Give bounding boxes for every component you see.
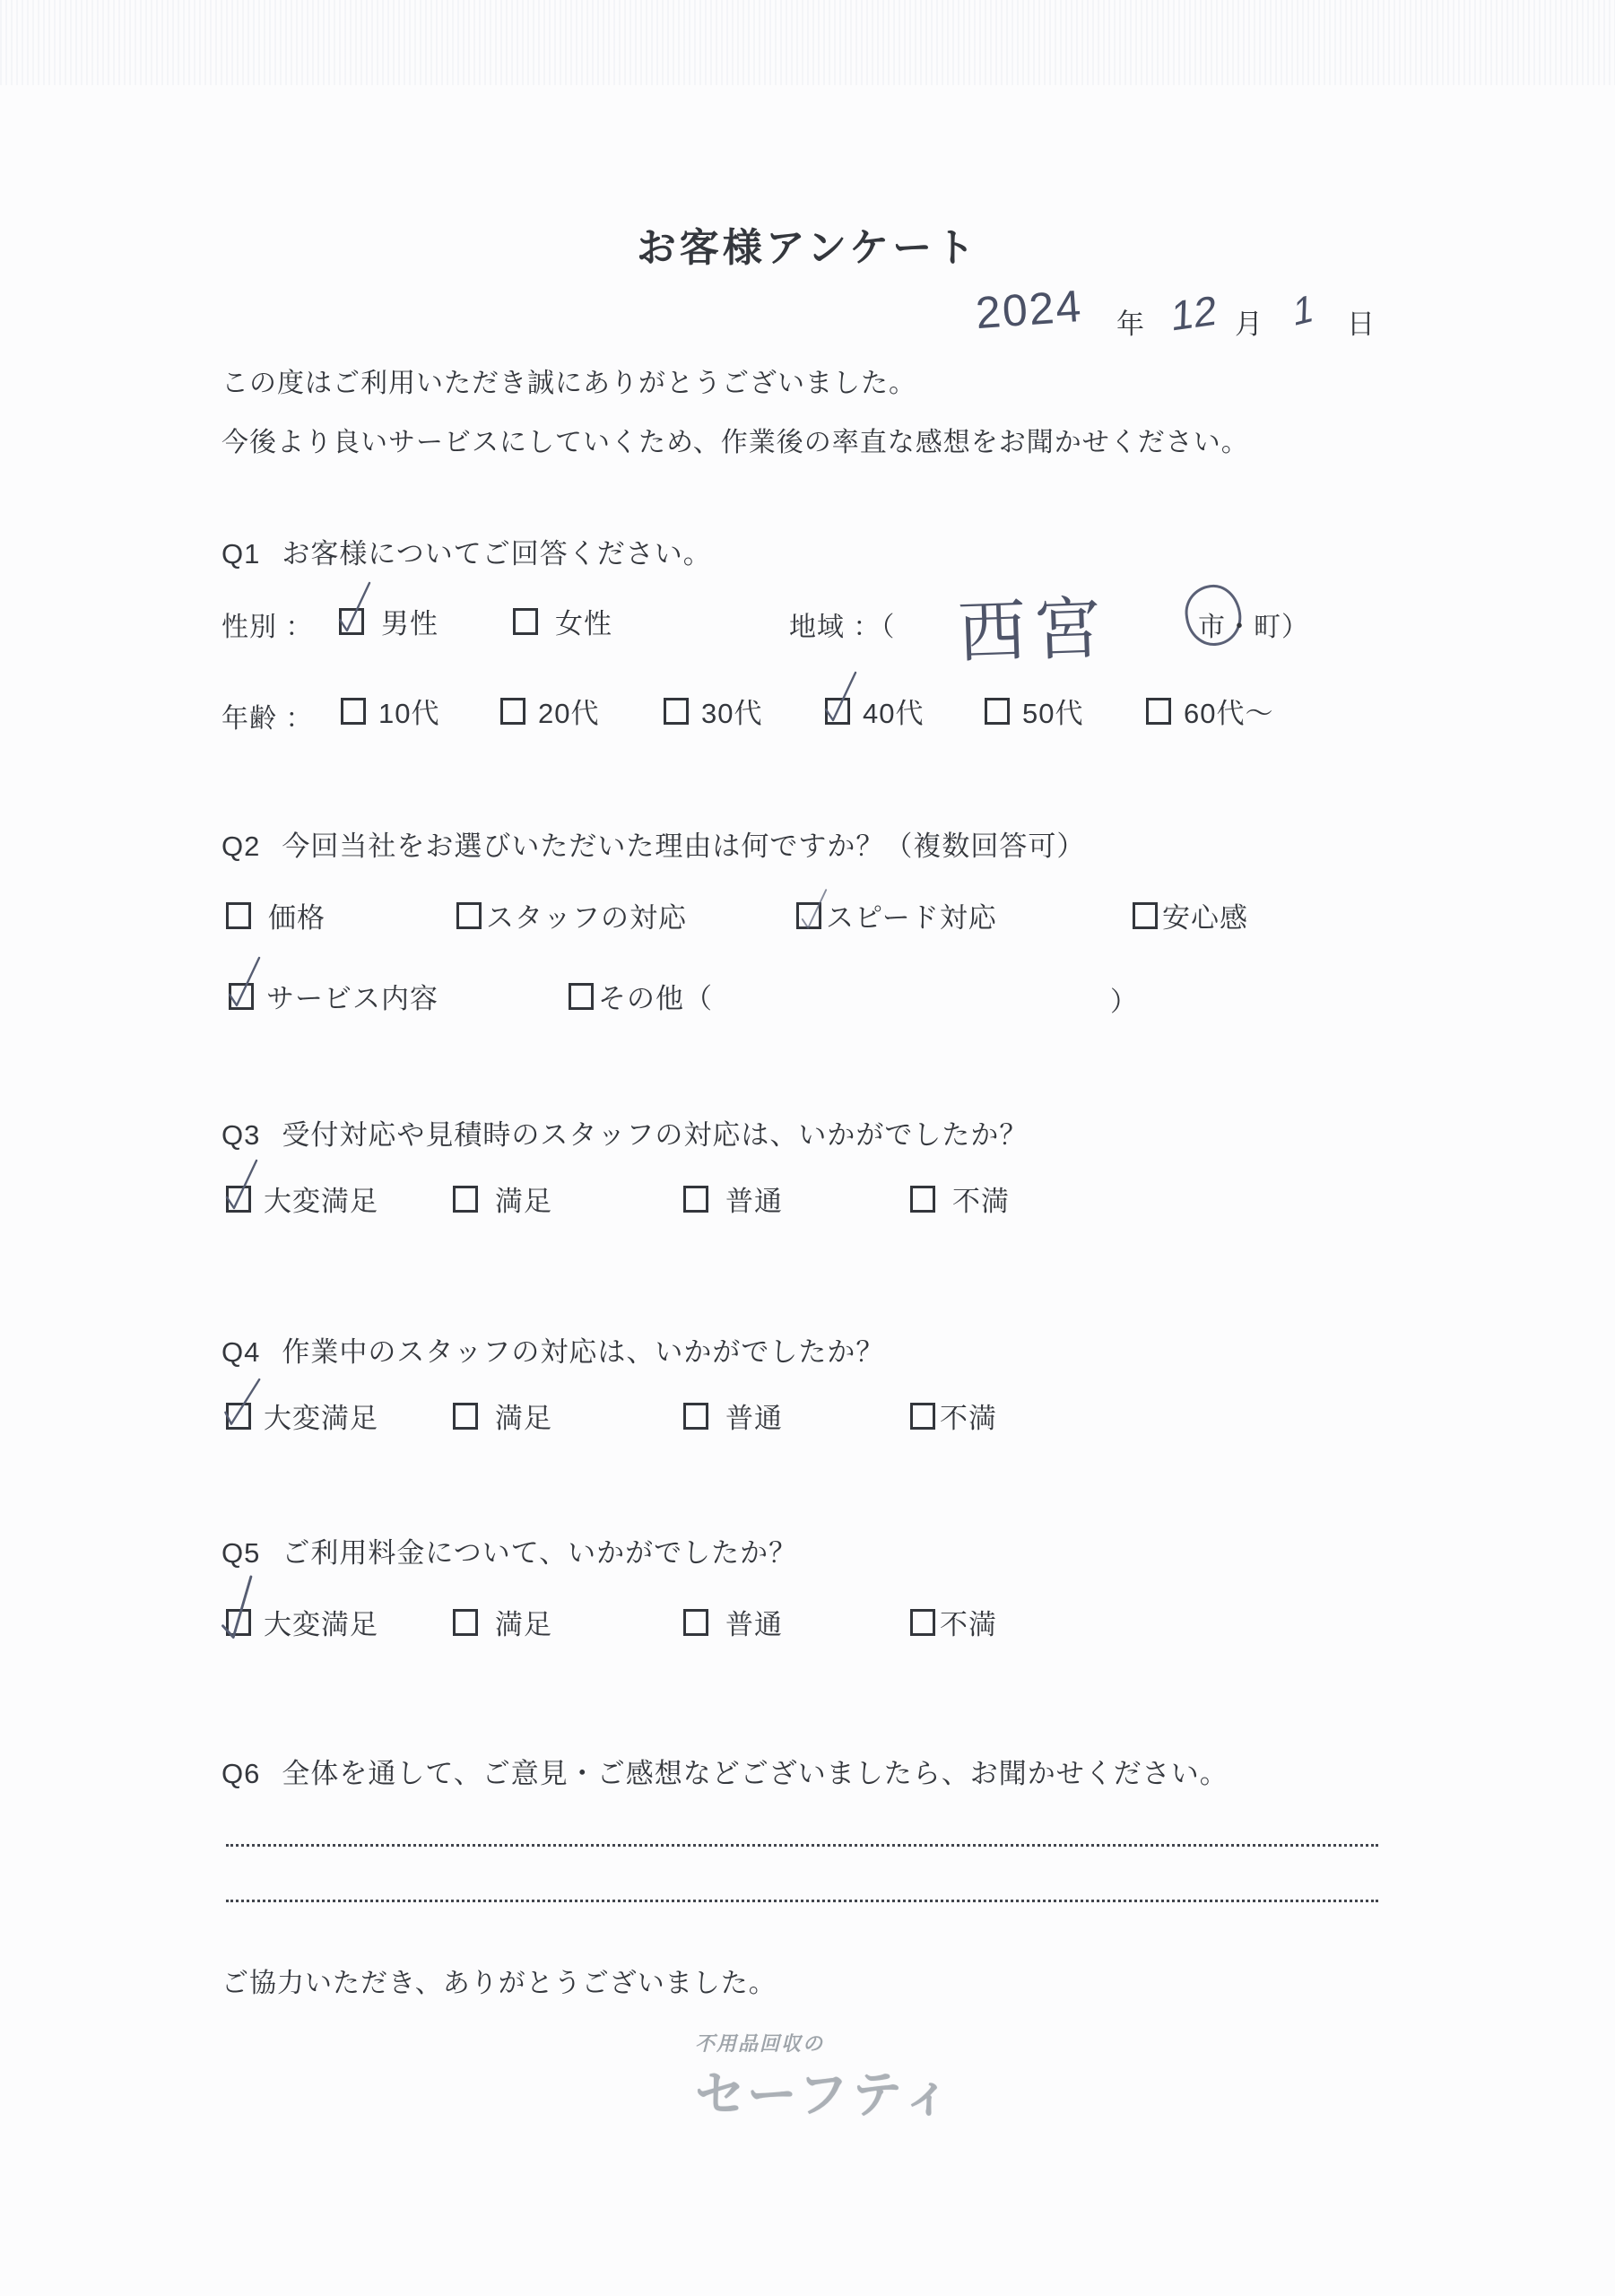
option-label: 満足 — [495, 1602, 552, 1642]
option-label: スピード対応 — [826, 895, 997, 935]
checkbox[interactable] — [226, 1403, 251, 1430]
region-label: 地域 ：（ — [789, 604, 895, 644]
handwritten-month: 12 — [1170, 285, 1218, 341]
q2-number: Q2 — [221, 831, 260, 862]
q4-number: Q4 — [221, 1336, 260, 1368]
q4-heading: Q4作業中のスタッフの対応は、いかがでしたか？ — [221, 1329, 884, 1370]
checkbox-option-age-30s[interactable]: 30代 — [664, 691, 762, 731]
option-label: 50代 — [1022, 691, 1083, 731]
scan-noise-strip — [0, 0, 1615, 85]
checkbox-option-male[interactable]: 男性 — [339, 601, 438, 641]
checkbox[interactable] — [226, 902, 251, 929]
option-label: 不満 — [940, 1602, 997, 1642]
checkbox-option-speed[interactable]: スピード対応 — [796, 895, 997, 935]
handwritten-check-icon — [797, 884, 831, 933]
option-label: 30代 — [701, 691, 762, 731]
checkbox[interactable] — [910, 1403, 935, 1430]
option-label: 60代～ — [1184, 691, 1273, 731]
checkbox-q5-dissatisfied[interactable]: 不満 — [910, 1602, 997, 1642]
q2-heading: Q2今回当社をお選びいただいた理由は何ですか？（複数回答可） — [221, 823, 1085, 864]
checkbox-q4-dissatisfied[interactable]: 不満 — [910, 1396, 997, 1436]
logo-tagline: 不用品回収の — [695, 2029, 824, 2057]
checkbox[interactable] — [910, 1186, 935, 1213]
checkbox[interactable] — [569, 983, 594, 1010]
option-label: その他（ — [598, 976, 713, 1016]
comment-line-1 — [226, 1844, 1378, 1847]
handwritten-check-icon — [207, 1568, 270, 1648]
checkbox[interactable] — [500, 698, 525, 725]
checkbox[interactable] — [456, 902, 482, 929]
checkbox[interactable] — [453, 1609, 478, 1636]
handwritten-check-icon — [820, 666, 863, 727]
page-title: お客様アンケート — [0, 215, 1615, 273]
option-label: 安心感 — [1162, 895, 1248, 935]
checkbox-q5-neutral[interactable]: 普通 — [683, 1602, 783, 1642]
handwritten-check-icon — [221, 1154, 264, 1215]
q3-number: Q3 — [221, 1119, 260, 1151]
checkbox[interactable] — [226, 1609, 251, 1636]
day-unit-label: 日 — [1347, 301, 1375, 342]
checkbox-option-age-50s[interactable]: 50代 — [985, 691, 1083, 731]
q1-number: Q1 — [221, 538, 260, 570]
handwritten-day: 1 — [1292, 285, 1314, 335]
checkbox[interactable] — [683, 1186, 708, 1213]
checkbox[interactable] — [229, 983, 254, 1010]
checkbox-option-age-10s[interactable]: 10代 — [341, 691, 439, 731]
checkbox-q5-very-satisfied[interactable]: 大変満足 — [226, 1602, 378, 1642]
checkbox-q5-satisfied[interactable]: 満足 — [453, 1602, 552, 1642]
checkbox[interactable] — [910, 1609, 935, 1636]
handwritten-check-icon — [223, 952, 266, 1013]
other-close-paren: ） — [1110, 979, 1138, 1019]
company-logo: セーフティ — [695, 2056, 955, 2127]
q3-heading: Q3受付対応や見積時のスタッフの対応は、いかがでしたか？ — [221, 1112, 1028, 1152]
option-label: サービス内容 — [266, 976, 438, 1016]
checkbox-q4-very-satisfied[interactable]: 大変満足 — [226, 1396, 378, 1436]
checkbox-option-other[interactable]: その他（ — [569, 976, 713, 1016]
q5-heading: Q5ご利用料金について、いかがでしたか？ — [221, 1530, 797, 1570]
option-label: 女性 — [555, 601, 612, 641]
option-label: スタッフの対応 — [486, 895, 687, 935]
checkbox[interactable] — [513, 608, 538, 635]
handwritten-region: 西宮 — [956, 573, 1110, 676]
checkbox-option-age-60s[interactable]: 60代～ — [1146, 691, 1273, 731]
option-label: 20代 — [538, 691, 599, 731]
handwritten-check-icon — [217, 1369, 267, 1434]
checkbox[interactable] — [825, 698, 850, 725]
checkbox[interactable] — [453, 1403, 478, 1430]
checkbox-option-female[interactable]: 女性 — [513, 601, 612, 641]
option-label: 普通 — [725, 1396, 783, 1436]
option-label: 10代 — [378, 691, 439, 731]
checkbox-q4-satisfied[interactable]: 満足 — [453, 1396, 552, 1436]
option-label: 価格 — [268, 895, 326, 935]
checkbox-option-age-20s[interactable]: 20代 — [500, 691, 599, 731]
option-label: 男性 — [381, 601, 438, 641]
checkbox[interactable] — [1146, 698, 1171, 725]
checkbox[interactable] — [683, 1609, 708, 1636]
checkbox[interactable] — [226, 1186, 251, 1213]
option-label: 満足 — [495, 1396, 552, 1436]
option-label: 大変満足 — [264, 1178, 378, 1219]
checkbox-q3-neutral[interactable]: 普通 — [683, 1178, 783, 1219]
age-label: 年齢 ： — [221, 696, 313, 735]
intro-line-2: 今後より良いサービスにしていくため、作業後の率直な感想をお聞かせください。 — [221, 420, 1249, 459]
checkbox-option-reassurance[interactable]: 安心感 — [1133, 895, 1248, 935]
intro-line-1: この度はご利用いただき誠にありがとうございました。 — [221, 361, 916, 400]
q6-number: Q6 — [221, 1758, 260, 1789]
handwritten-check-icon — [334, 577, 377, 638]
handwritten-year: 2024 — [974, 280, 1084, 339]
year-unit-label: 年 — [1116, 301, 1144, 342]
checkbox[interactable] — [1133, 902, 1158, 929]
checkbox-option-service-content[interactable]: サービス内容 — [229, 976, 438, 1016]
option-label: 不満 — [940, 1396, 997, 1436]
option-label: 普通 — [725, 1602, 783, 1642]
gender-label: 性別 ： — [221, 604, 313, 644]
checkbox[interactable] — [796, 902, 821, 929]
option-label: 不満 — [952, 1178, 1010, 1219]
checkbox[interactable] — [683, 1403, 708, 1430]
checkbox-q3-very-satisfied[interactable]: 大変満足 — [226, 1178, 378, 1219]
checkbox[interactable] — [985, 698, 1010, 725]
checkbox[interactable] — [453, 1186, 478, 1213]
q5-number: Q5 — [221, 1537, 260, 1569]
checkbox[interactable] — [664, 698, 689, 725]
checkbox-q3-dissatisfied[interactable]: 不満 — [910, 1178, 1010, 1219]
region-suffix: 市・町） — [1198, 604, 1309, 644]
option-label: 大変満足 — [264, 1602, 378, 1642]
option-label: 40代 — [863, 691, 924, 731]
checkbox-q3-satisfied[interactable]: 満足 — [453, 1178, 552, 1219]
checkbox-option-staff-response[interactable]: スタッフの対応 — [456, 895, 687, 935]
scanned-survey-page: お客様アンケート 2024 年 12 月 1 日 この度はご利用いただき誠にあり… — [0, 0, 1615, 2296]
option-label: 普通 — [725, 1178, 783, 1219]
checkbox[interactable] — [339, 608, 364, 635]
checkbox-q4-neutral[interactable]: 普通 — [683, 1396, 783, 1436]
closing-text: ご協力いただき、ありがとうございました。 — [221, 1961, 777, 2000]
checkbox[interactable] — [341, 698, 366, 725]
option-label: 満足 — [495, 1178, 552, 1219]
month-unit-label: 月 — [1235, 301, 1263, 342]
q1-heading: Q1お客様についてご回答ください。 — [221, 531, 712, 571]
comment-line-2 — [226, 1900, 1378, 1902]
option-label: 大変満足 — [264, 1396, 378, 1436]
checkbox-option-price[interactable]: 価格 — [226, 895, 326, 935]
checkbox-option-age-40s[interactable]: 40代 — [825, 691, 924, 731]
q6-heading: Q6全体を通して、ご意見・ご感想などございましたら、お聞かせください。 — [221, 1751, 1229, 1791]
